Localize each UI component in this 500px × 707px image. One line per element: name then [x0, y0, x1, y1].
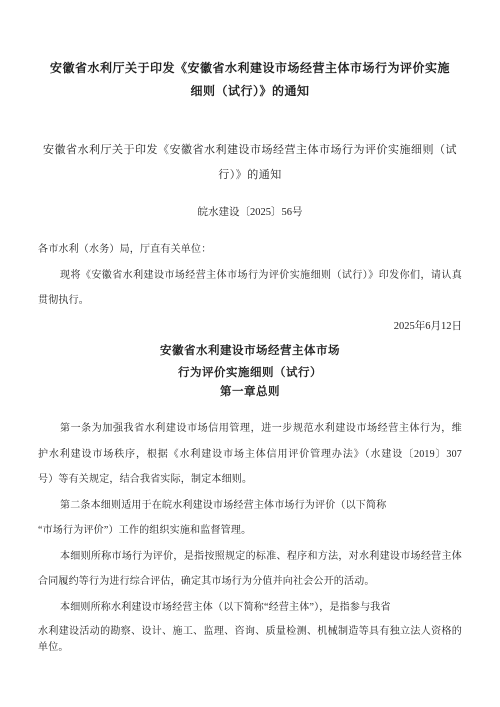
body-line: 本细则所称市场行为评价，是指按照规定的标准、程序和方法，对水利建设市场经营主体 [38, 544, 462, 570]
chapter-heading: 第一章总则 [38, 383, 462, 402]
body-line: “市场行为评价”）工作的组织实施和监督管理。 [38, 518, 462, 544]
body-line: 第二条本细则适用于在皖水利建设市场经营主体市场行为评价（以下简称 [38, 493, 462, 519]
intro-paragraph-line1: 现将《安徽省水利建设市场经营主体市场行为评价实施细则（试行）》印发你们，请认真 [38, 263, 462, 289]
document-subtitle-line1: 安徽省水利厅关于印发《安徽省水利建设市场经营主体市场行为评价实施细则（试 [38, 138, 462, 163]
document-subtitle-line2: 行）》的通知 [38, 163, 462, 188]
body-line: 水利建设活动的勘察、设计、施工、监理、咨询、质量检测、机械制造等具有独立法人资格… [38, 624, 462, 640]
intro-paragraph-line2: 贯彻执行。 [38, 288, 462, 314]
salutation: 各市水利（水务）局，厅直有关单位： [38, 237, 462, 263]
section-title-line2: 行为评价实施细则（试行） [38, 363, 462, 383]
document-number: 皖水建设〔2025〕56号 [38, 205, 462, 220]
document-page: 安徽省水利厅关于印发《安徽省水利建设市场经营主体市场行为评价实施 细则（试行）》… [0, 0, 500, 707]
issue-date: 2025年6月12日 [38, 314, 462, 340]
document-title-line1: 安徽省水利厅关于印发《安徽省水利建设市场经营主体市场行为评价实施 [38, 57, 462, 80]
body-line: 合同履约等行为进行综合评估，确定其市场行为分值并向社会公开的活动。 [38, 569, 462, 595]
body-line: 第一条为加强我省水利建设市场信用管理，进一步规范水利建设市场经营主体行为，维 [38, 416, 462, 442]
document-subtitle: 安徽省水利厅关于印发《安徽省水利建设市场经营主体市场行为评价实施细则（试 行）》… [38, 138, 462, 188]
body-line: 本细则所称水利建设市场经营主体（以下简称“经营主体”），是指参与我省 [38, 595, 462, 621]
body-line: 号）等有关规定，结合我省实际，制定本细则。 [38, 467, 462, 493]
body-line: 护水利建设市场秩序，根据《水利建设市场主体信用评价管理办法》（水建设〔2019〕… [38, 442, 462, 468]
body-text: 第一条为加强我省水利建设市场信用管理，进一步规范水利建设市场经营主体行为，维 护… [38, 416, 462, 656]
document-title: 安徽省水利厅关于印发《安徽省水利建设市场经营主体市场行为评价实施 细则（试行）》… [38, 57, 462, 103]
body-line: 单位。 [38, 640, 462, 656]
document-title-line2: 细则（试行）》的通知 [38, 80, 462, 103]
section-title-line1: 安徽省水利建设市场经营主体市场 [38, 339, 462, 363]
